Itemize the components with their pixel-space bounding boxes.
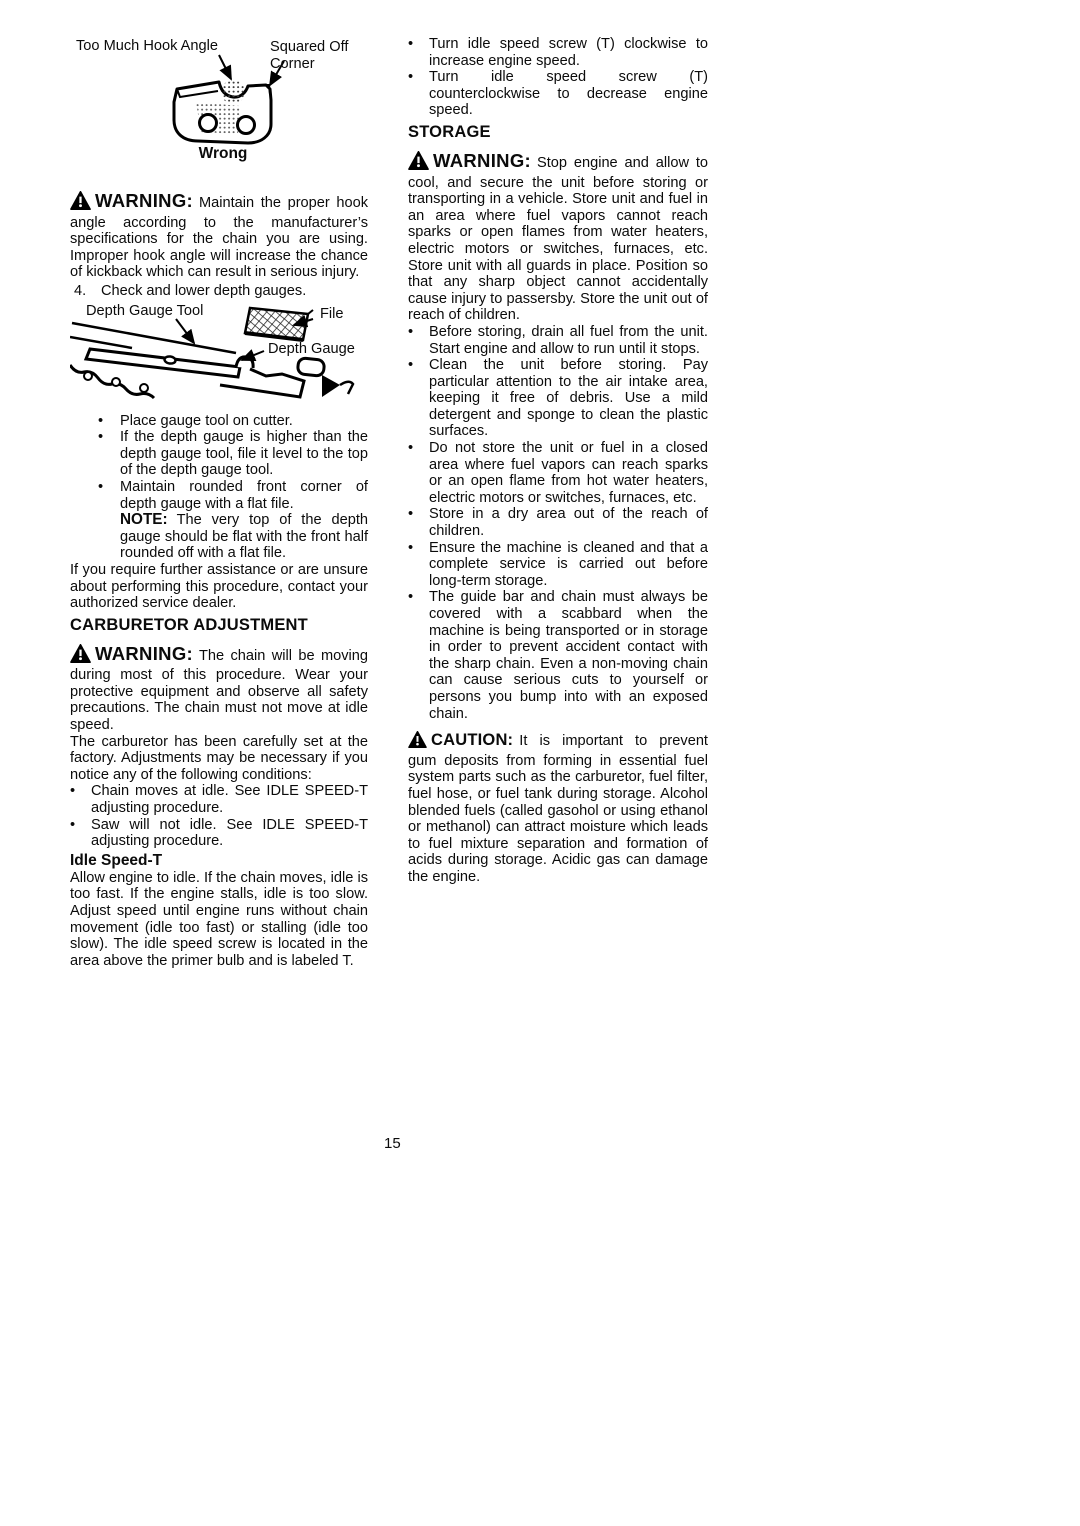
step-text: Check and lower depth gauges.: [101, 283, 306, 300]
warning-label: WARNING:: [95, 190, 193, 211]
left-column: Too Much Hook Angle Squared Off Corner W…: [70, 36, 368, 969]
bullet-dot: •: [98, 479, 120, 512]
step-number: 4.: [74, 283, 101, 300]
figure-cutter-hook-angle: Too Much Hook Angle Squared Off Corner W…: [70, 36, 368, 182]
label-file: File: [320, 306, 344, 323]
bullet-text: Before storing, drain all fuel from the …: [429, 324, 708, 357]
warning-triangle-icon: [70, 644, 91, 668]
bullet-dot: •: [98, 413, 120, 430]
list-item: • Store in a dry area out of the reach o…: [408, 506, 708, 539]
label-too-much-hook-angle: Too Much Hook Angle: [76, 38, 218, 55]
bullet-dot: •: [408, 36, 429, 69]
bullet-text: Maintain rounded front corner of depth g…: [120, 479, 368, 512]
bullet-dot: •: [70, 783, 91, 816]
bullet-text: Do not store the unit or fuel in a close…: [429, 440, 708, 506]
bullet-text: If the depth gauge is higher than the de…: [120, 429, 368, 479]
bullet-text: Turn idle speed screw (T) counterclockwi…: [429, 69, 708, 119]
bullet-dot: •: [408, 324, 429, 357]
list-item: • If the depth gauge is higher than the …: [98, 429, 368, 479]
bullet-text: Turn idle speed screw (T) clockwise to i…: [429, 36, 708, 69]
caution-text: It is important to prevent gum deposits …: [408, 733, 708, 885]
bullet-text: Store in a dry area out of the reach of …: [429, 506, 708, 539]
bullet-text: Ensure the machine is cleaned and that a…: [429, 540, 708, 590]
bullet-dot: •: [408, 69, 429, 119]
list-item: • Chain moves at idle. See IDLE SPEED-T …: [70, 783, 368, 816]
idle-speed-paragraph: Allow engine to idle. If the chain moves…: [70, 870, 368, 970]
manual-page: Too Much Hook Angle Squared Off Corner W…: [0, 0, 1080, 1526]
idle-speed-heading: Idle Speed-T: [70, 852, 368, 870]
assistance-paragraph: If you require further assistance or are…: [70, 562, 368, 612]
label-depth-gauge-tool: Depth Gauge Tool: [86, 303, 203, 320]
bullet-dot: •: [408, 589, 429, 722]
caution-label: CAUTION:: [431, 731, 513, 749]
warning-storage-block: WARNING:Stop engine and allow to cool, a…: [408, 151, 708, 324]
label-squared-off-corner: Squared Off Corner: [270, 39, 356, 72]
bullet-text: Place gauge tool on cutter.: [120, 413, 368, 430]
list-item: • Clean the unit before storing. Pay par…: [408, 357, 708, 440]
warning-triangle-icon: [408, 731, 427, 753]
bullet-dot: •: [408, 440, 429, 506]
list-item: • Place gauge tool on cutter.: [98, 413, 368, 430]
bullet-text: Clean the unit before storing. Pay parti…: [429, 357, 708, 440]
caption-wrong: Wrong: [166, 146, 280, 163]
bullet-text: The guide bar and chain must always be c…: [429, 589, 708, 722]
carburetor-adjustment-heading: CARBURETOR ADJUSTMENT: [70, 615, 368, 635]
step-4-item: 4. Check and lower depth gauges.: [74, 283, 368, 300]
bullet-text: Saw will not idle. See IDLE SPEED-T adju…: [91, 817, 368, 850]
storage-bullet-list: • Before storing, drain all fuel from th…: [408, 324, 708, 722]
list-item: • Turn idle speed screw (T) clockwise to…: [408, 36, 708, 69]
note-label: NOTE:: [120, 511, 168, 528]
list-item: • Maintain rounded front corner of depth…: [98, 479, 368, 512]
warning-label: WARNING:: [95, 643, 193, 664]
page-number: 15: [384, 1136, 401, 1153]
warning-hook-block: WARNING:Maintain the proper hook angle a…: [70, 191, 368, 281]
carb-bullet-list: • Chain moves at idle. See IDLE SPEED-T …: [70, 783, 368, 849]
bullet-dot: •: [408, 357, 429, 440]
right-column: • Turn idle speed screw (T) clockwise to…: [408, 36, 708, 886]
warning-triangle-icon: [70, 191, 91, 215]
figure-depth-gauge: Depth Gauge Tool File Depth Gauge: [70, 303, 368, 407]
bullet-dot: •: [408, 540, 429, 590]
warning-text: Stop engine and allow to cool, and secur…: [408, 155, 708, 323]
idle-bullet-list: • Turn idle speed screw (T) clockwise to…: [408, 36, 708, 119]
bullet-dot: •: [408, 506, 429, 539]
label-depth-gauge: Depth Gauge: [268, 341, 355, 358]
list-item: • Ensure the machine is cleaned and that…: [408, 540, 708, 590]
list-item: • The guide bar and chain must always be…: [408, 589, 708, 722]
gauge-bullet-list: • Place gauge tool on cutter. • If the d…: [98, 413, 368, 513]
bullet-text: Chain moves at idle. See IDLE SPEED-T ad…: [91, 783, 368, 816]
note-block: NOTE:The very top of the depth gauge sho…: [120, 512, 368, 562]
warning-label: WARNING:: [433, 150, 531, 171]
list-item: • Saw will not idle. See IDLE SPEED-T ad…: [70, 817, 368, 850]
caution-block: CAUTION:It is important to prevent gum d…: [408, 731, 708, 885]
carb-intro-paragraph: The carburetor has been carefully set at…: [70, 734, 368, 784]
list-item: • Before storing, drain all fuel from th…: [408, 324, 708, 357]
list-item: • Turn idle speed screw (T) counterclock…: [408, 69, 708, 119]
warning-triangle-icon: [408, 151, 429, 175]
bullet-dot: •: [98, 429, 120, 479]
bullet-dot: •: [70, 817, 91, 850]
storage-heading: STORAGE: [408, 122, 708, 142]
warning-carb-block: WARNING:The chain will be moving during …: [70, 644, 368, 734]
list-item: • Do not store the unit or fuel in a clo…: [408, 440, 708, 506]
